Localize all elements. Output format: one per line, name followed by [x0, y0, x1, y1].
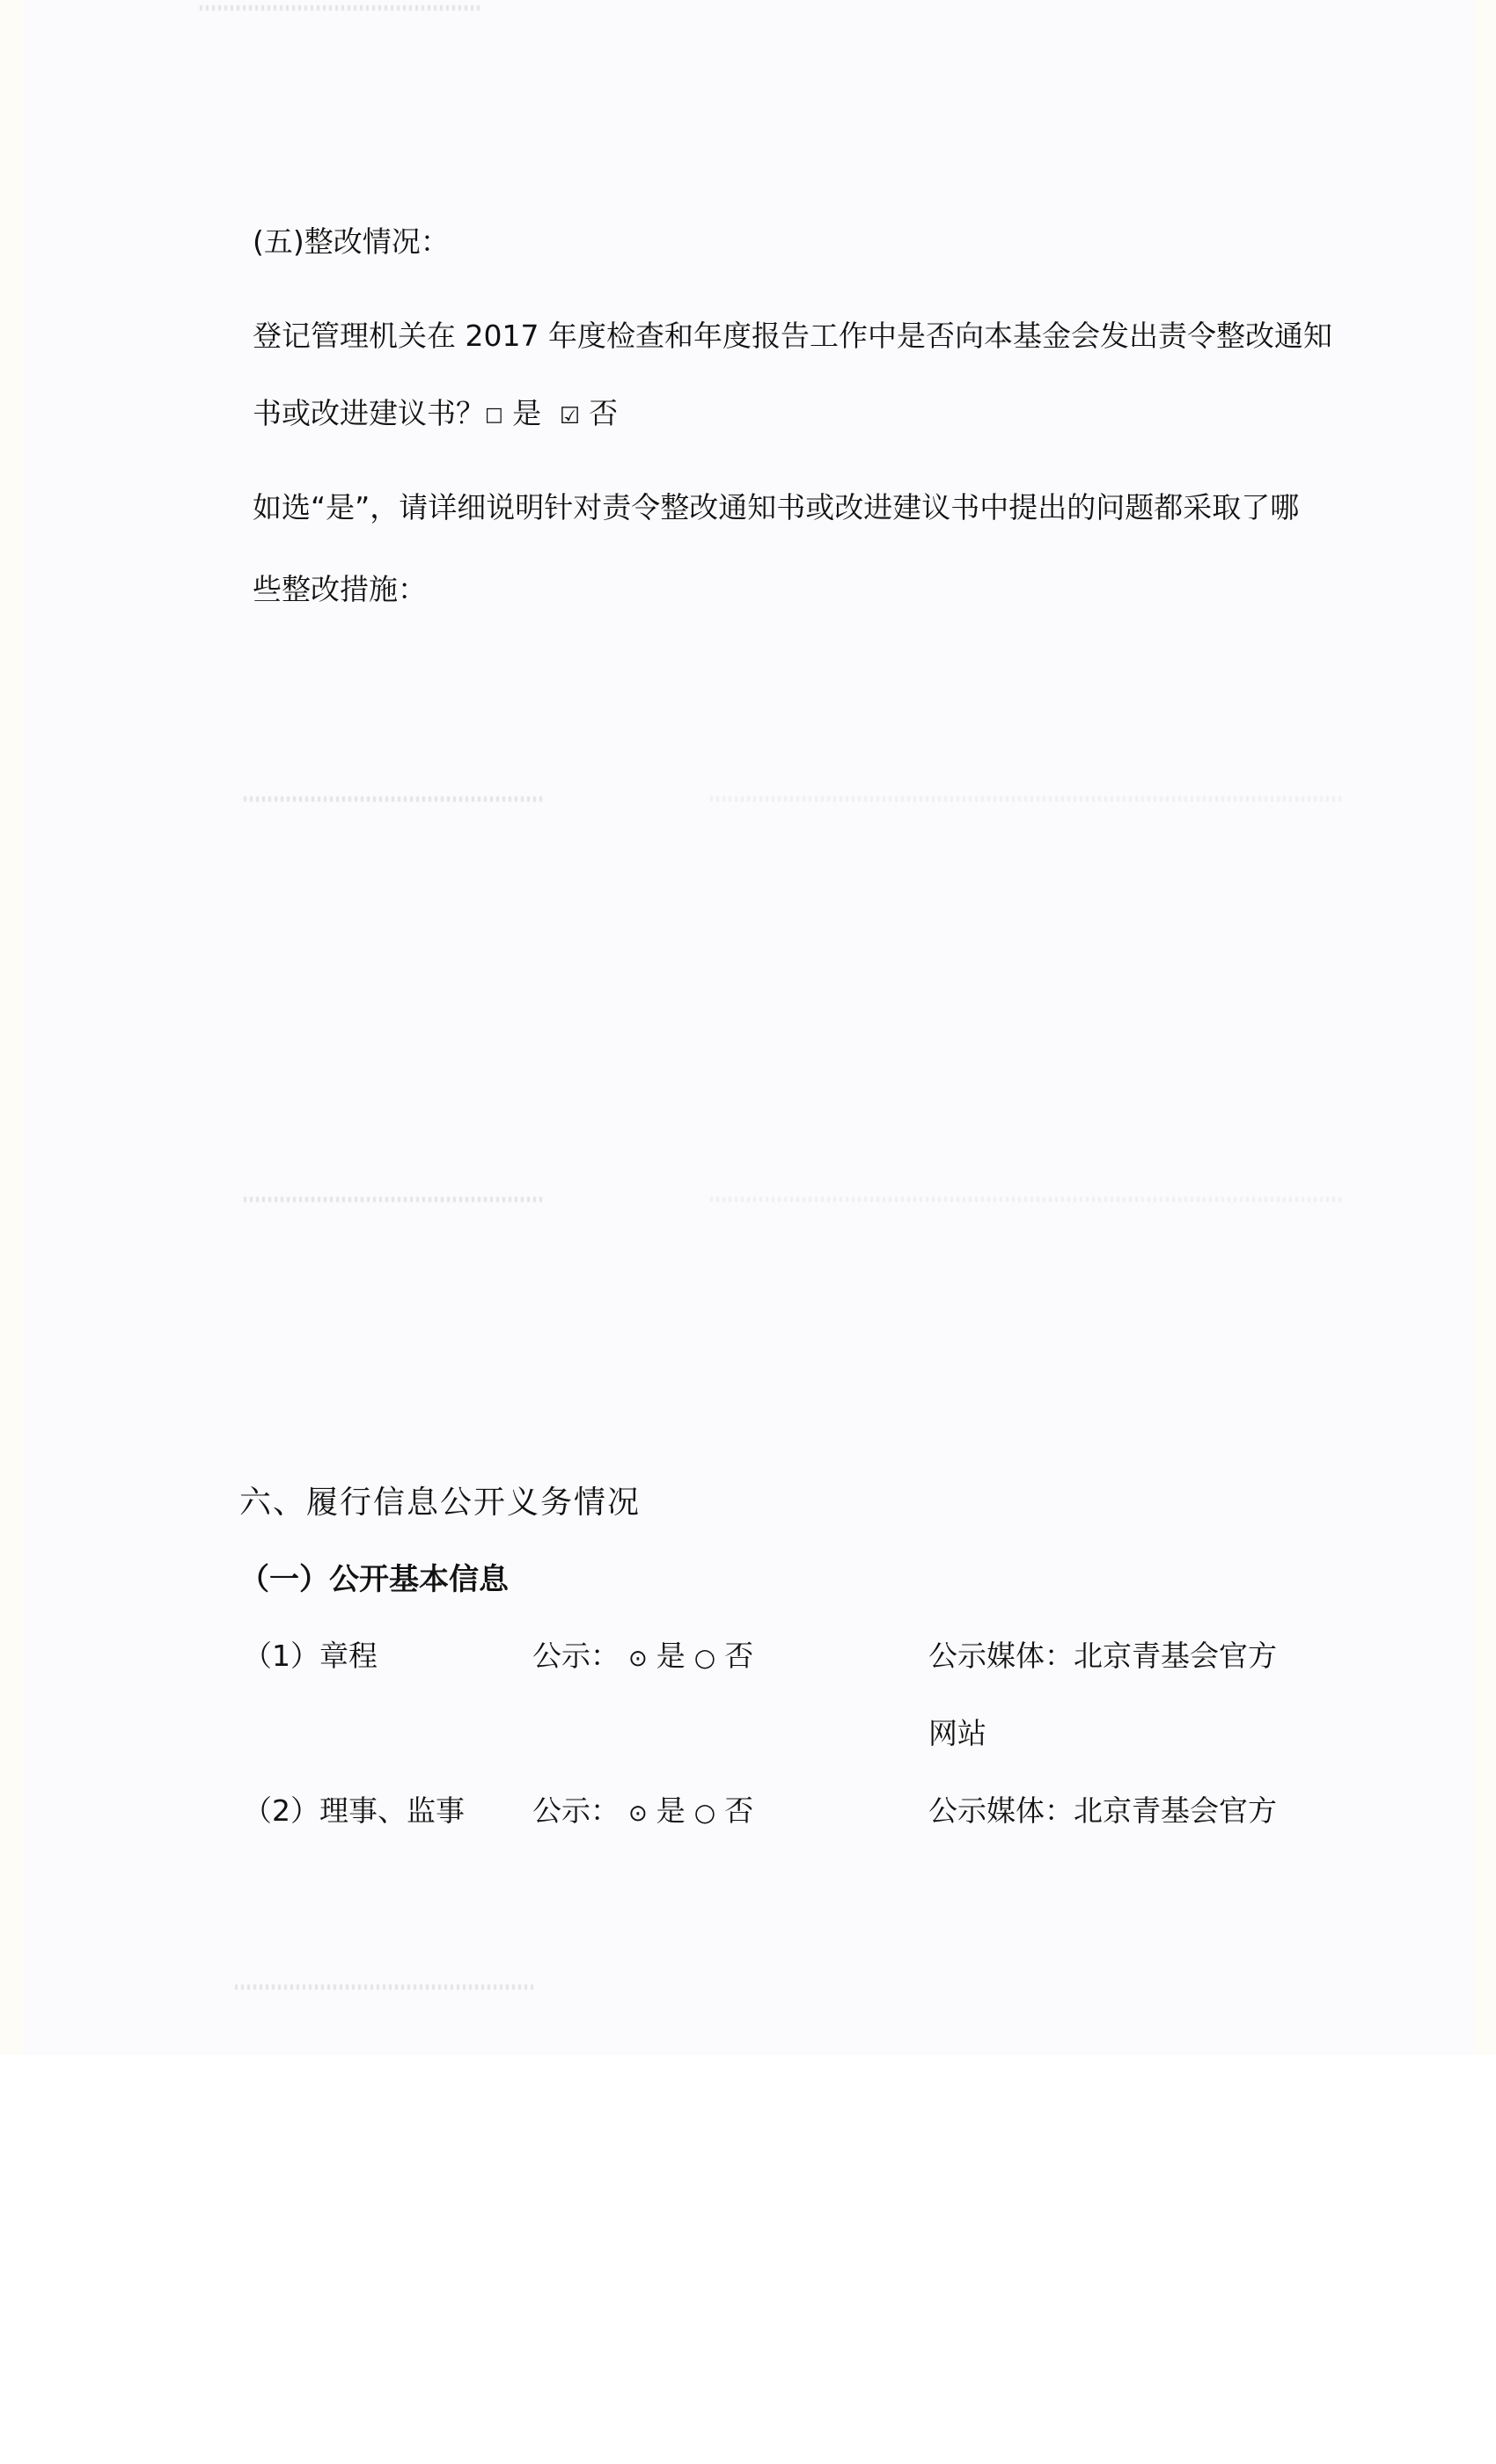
- bleed-through-artifact: [244, 1197, 543, 1202]
- item-1-media: 公示媒体：北京青基会官方: [928, 1639, 1277, 1674]
- option-no-label: 否: [724, 1639, 753, 1673]
- media-label: 公示媒体：: [928, 1639, 1074, 1673]
- option-no-label: 否: [724, 1793, 753, 1828]
- radio-selected-icon[interactable]: ⊙: [628, 1641, 648, 1676]
- item-2-media: 公示媒体：北京青基会官方: [928, 1793, 1277, 1829]
- media-label: 公示媒体：: [928, 1793, 1074, 1828]
- checkbox-checked-icon[interactable]: ☑: [560, 399, 580, 434]
- bleed-through-artifact: [710, 1197, 1344, 1202]
- bleed-through-artifact: [235, 1984, 534, 1990]
- item-1-disclosure: 公示：⊙是○否: [532, 1639, 753, 1676]
- disclosure-label: 公示：: [532, 1639, 620, 1673]
- disclosure-label: 公示：: [532, 1793, 620, 1828]
- option-yes-label: 是: [656, 1639, 686, 1673]
- bleed-through-artifact: [710, 796, 1344, 802]
- section-5-question-line1: 登记管理机关在 2017 年度检查和年度报告工作中是否向本基金会发出责令整改通知: [253, 319, 1332, 354]
- scanned-page: [24, 0, 1474, 2055]
- radio-unselected-icon[interactable]: ○: [694, 1795, 715, 1830]
- section-5-instruction-line1: 如选“是”，请详细说明针对责令整改通知书或改进建议书中提出的问题都采取了哪: [253, 490, 1299, 525]
- section-5-question-line2: 书或改进建议书？□ 是 ☑否: [253, 396, 618, 434]
- media-value: 北京青基会官方: [1074, 1639, 1277, 1673]
- checkbox-unchecked-icon[interactable]: □: [485, 398, 503, 433]
- item-1-media-continued: 网站: [928, 1716, 986, 1751]
- radio-unselected-icon[interactable]: ○: [694, 1640, 715, 1676]
- section-5-heading: (五)整改情况：: [253, 224, 450, 260]
- media-value: 北京青基会官方: [1074, 1793, 1277, 1828]
- item-2-disclosure: 公示：⊙是○否: [532, 1793, 753, 1831]
- section-5-instruction-line2: 些整改措施：: [253, 572, 427, 607]
- option-yes-label: 是: [656, 1793, 686, 1828]
- option-no-label: 否: [589, 396, 618, 430]
- item-1-label: （1）章程: [243, 1639, 378, 1674]
- scan-margin-right: [1474, 0, 1496, 2055]
- radio-selected-icon[interactable]: ⊙: [628, 1796, 648, 1831]
- bleed-through-artifact: [200, 5, 481, 11]
- section-6-heading: 六、履行信息公开义务情况: [239, 1485, 641, 1521]
- option-yes-label: 是: [512, 396, 541, 430]
- bleed-through-artifact: [244, 796, 543, 802]
- question-text: 书或改进建议书？: [253, 396, 485, 430]
- item-2-label: （2）理事、监事: [243, 1793, 465, 1829]
- scan-margin-left: [0, 0, 24, 2055]
- section-6-subheading: （一）公开基本信息: [239, 1562, 509, 1597]
